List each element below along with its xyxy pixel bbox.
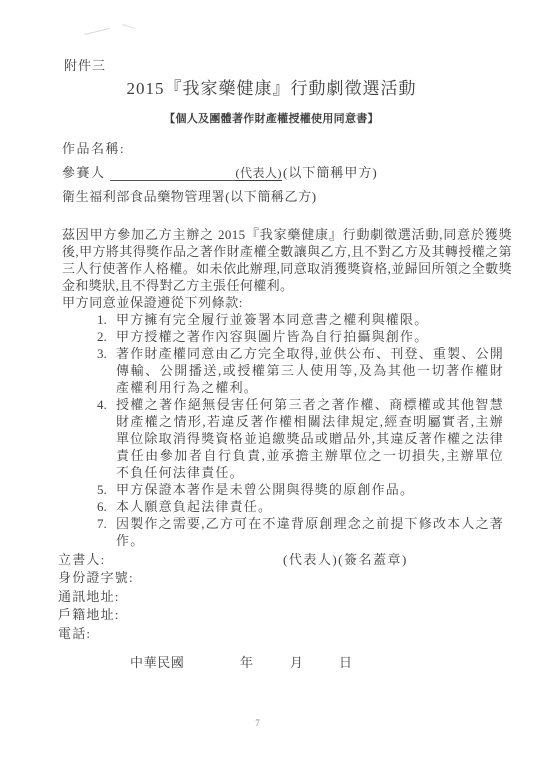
participant-row: 參賽人(代表人)(以下簡稱甲方) xyxy=(62,162,378,181)
signature-field-label: 戶籍地址: xyxy=(58,607,120,622)
signer-row: 立書人: (代表人)(簽名蓋章) xyxy=(58,551,488,569)
clause-number: 1. xyxy=(97,311,116,328)
clause-number: 4. xyxy=(97,396,116,481)
organizer-line: 衛生福利部食品藥物管理署(以下簡稱乙方) xyxy=(62,186,317,205)
preamble-paragraph: 茲因甲方參加乙方主辦之 2015『我家藥健康』行動劇徵選活動,同意於獲獎後,甲方… xyxy=(62,226,512,294)
clause-text: 著作財產權同意由乙方完全取得,並供公布、刊登、重製、公開傳輸、公開播送,或授權第… xyxy=(116,345,504,396)
clause-text: 授權之著作絕無侵害任何第三者之著作權、商標權或其他智慧財產權之情形,若違反著作權… xyxy=(116,396,504,481)
signature-field-row: 電話: xyxy=(58,625,488,643)
clause-text: 甲方授權之著作內容與圖片皆為自行拍攝與創作。 xyxy=(116,328,504,345)
clause-number: 6. xyxy=(97,498,116,515)
document-title: 2015『我家藥健康』行動劇徵選活動 xyxy=(0,74,543,99)
signature-block: 立書人: (代表人)(簽名蓋章) 身份證字號:通訊地址:戶籍地址:電話: xyxy=(58,551,488,643)
agreement-body: 茲因甲方參加乙方主辦之 2015『我家藥健康』行動劇徵選活動,同意於獲獎後,甲方… xyxy=(62,226,512,549)
participant-blank-line xyxy=(110,167,236,181)
attachment-label: 附件三 xyxy=(64,55,106,74)
clause-item: 6.本人願意負起法律責任。 xyxy=(97,498,504,515)
clause-number: 2. xyxy=(97,328,116,345)
signature-field-row: 戶籍地址: xyxy=(58,606,488,624)
work-name-label: 作品名稱: xyxy=(62,138,125,157)
clause-item: 1.甲方擁有完全履行並簽署本同意書之權利與權限。 xyxy=(97,311,504,328)
clause-text: 甲方保證本著作是未曾公開與得獎的原創作品。 xyxy=(116,481,504,498)
clause-text: 甲方擁有完全履行並簽署本同意書之權利與權限。 xyxy=(116,311,504,328)
scan-artifact xyxy=(122,24,135,29)
clause-item: 5.甲方保證本著作是未曾公開與得獎的原創作品。 xyxy=(97,481,504,498)
page-number: 7 xyxy=(0,718,529,728)
era-label: 中華民國 xyxy=(130,652,184,671)
document-subtitle: 【個人及團體著作財產權授權使用同意書】 xyxy=(0,110,543,126)
date-line: 中華民國 年 月 日 xyxy=(0,652,543,670)
clause-number: 3. xyxy=(97,345,116,396)
representative-label: (代表人) xyxy=(236,166,283,180)
signature-field-row: 通訊地址: xyxy=(58,588,488,606)
signer-note: (代表人)(簽名蓋章) xyxy=(283,551,408,569)
signature-field-label: 身份證字號: xyxy=(58,570,134,585)
clause-item: 7.因製作之需要,乙方可在不違背原創理念之前提下修改本人之著作。 xyxy=(97,515,504,549)
clause-text: 本人願意負起法律責任。 xyxy=(116,498,504,515)
clause-number: 7. xyxy=(97,515,116,549)
month-label: 月 xyxy=(290,652,304,671)
party-a-note: (以下簡稱甲方) xyxy=(283,165,378,180)
participant-label: 參賽人 xyxy=(62,165,106,180)
clause-item: 4.授權之著作絕無侵害任何第三者之著作權、商標權或其他智慧財產權之情形,若違反著… xyxy=(97,396,504,481)
signature-field-label: 通訊地址: xyxy=(58,589,120,604)
clause-number: 5. xyxy=(97,481,116,498)
signature-fields: 身份證字號:通訊地址:戶籍地址:電話: xyxy=(58,569,488,643)
day-label: 日 xyxy=(339,652,353,671)
clauses-intro: 甲方同意並保證遵從下列條款: xyxy=(62,294,512,311)
clause-item: 3.著作財產權同意由乙方完全取得,並供公布、刊登、重製、公開傳輸、公開播送,或授… xyxy=(97,345,504,396)
signature-field-label: 電話: xyxy=(58,626,91,641)
year-label: 年 xyxy=(240,652,254,671)
clause-text: 因製作之需要,乙方可在不違背原創理念之前提下修改本人之著作。 xyxy=(116,515,504,549)
signature-field-row: 身份證字號: xyxy=(58,569,488,587)
signer-label: 立書人: xyxy=(58,552,105,567)
document-page: 附件三 2015『我家藥健康』行動劇徵選活動 【個人及團體著作財產權授權使用同意… xyxy=(0,0,543,768)
clause-item: 2.甲方授權之著作內容與圖片皆為自行拍攝與創作。 xyxy=(97,328,504,345)
clauses-list: 1.甲方擁有完全履行並簽署本同意書之權利與權限。2.甲方授權之著作內容與圖片皆為… xyxy=(97,311,504,549)
scan-artifact xyxy=(84,28,109,35)
